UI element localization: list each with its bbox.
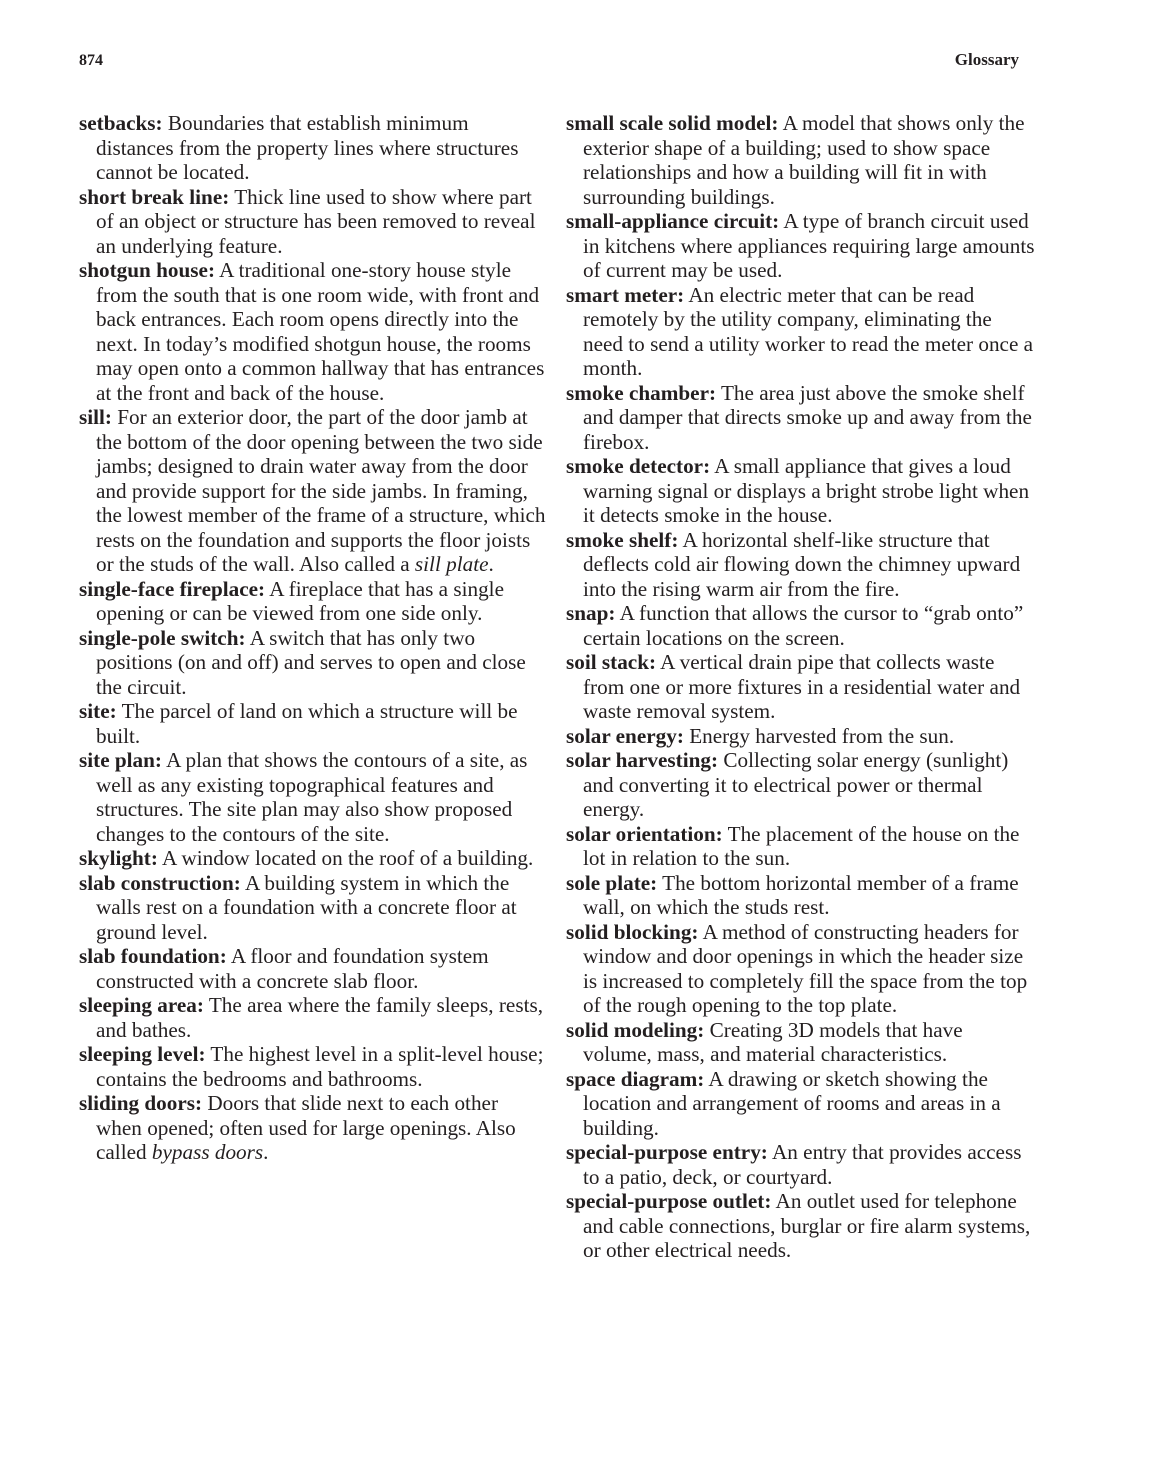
glossary-entry: solar orientation: The placement of the … bbox=[566, 822, 1036, 871]
glossary-alt-term: sill plate bbox=[415, 552, 489, 576]
glossary-term: solid blocking: bbox=[566, 920, 698, 944]
glossary-entry: smoke chamber: The area just above the s… bbox=[566, 381, 1036, 455]
glossary-term: special-purpose outlet: bbox=[566, 1189, 771, 1213]
glossary-term: single-pole switch: bbox=[79, 626, 246, 650]
glossary-entry: solar harvesting: Collecting solar energ… bbox=[566, 748, 1036, 822]
glossary-entry: short break line: Thick line used to sho… bbox=[79, 185, 549, 259]
glossary-entry: slab foundation: A floor and foundation … bbox=[79, 944, 549, 993]
glossary-entry: single-pole switch: A switch that has on… bbox=[79, 626, 549, 700]
glossary-alt-term: bypass doors bbox=[152, 1140, 263, 1164]
section-title: Glossary bbox=[955, 50, 1019, 70]
glossary-entry: sill: For an exterior door, the part of … bbox=[79, 405, 549, 577]
glossary-entry: solar energy: Energy harvested from the … bbox=[566, 724, 1036, 749]
glossary-definition-end: . bbox=[489, 552, 494, 576]
glossary-term: small-appliance circuit: bbox=[566, 209, 779, 233]
glossary-definition: A function that allows the cursor to “gr… bbox=[583, 601, 1023, 650]
glossary-term: site plan: bbox=[79, 748, 162, 772]
glossary-term: smoke chamber: bbox=[566, 381, 716, 405]
glossary-term: space diagram: bbox=[566, 1067, 704, 1091]
glossary-entry: site: The parcel of land on which a stru… bbox=[79, 699, 549, 748]
glossary-definition: For an exterior door, the part of the do… bbox=[96, 405, 545, 576]
glossary-term: smoke detector: bbox=[566, 454, 710, 478]
glossary-term: sliding doors: bbox=[79, 1091, 202, 1115]
glossary-entry: slab construction: A building system in … bbox=[79, 871, 549, 945]
glossary-entry: smart meter: An electric meter that can … bbox=[566, 283, 1036, 381]
glossary-term: slab construction: bbox=[79, 871, 241, 895]
page-number: 874 bbox=[79, 52, 103, 70]
glossary-entry: setbacks: Boundaries that establish mini… bbox=[79, 111, 549, 185]
glossary-term: solar harvesting: bbox=[566, 748, 718, 772]
glossary-term: solar energy: bbox=[566, 724, 684, 748]
glossary-entry: solid modeling: Creating 3D models that … bbox=[566, 1018, 1036, 1067]
glossary-entry: small-appliance circuit: A type of branc… bbox=[566, 209, 1036, 283]
glossary-definition: Energy harvested from the sun. bbox=[684, 724, 954, 748]
glossary-term: slab foundation: bbox=[79, 944, 227, 968]
glossary-term: sole plate: bbox=[566, 871, 657, 895]
glossary-entry: special-purpose entry: An entry that pro… bbox=[566, 1140, 1036, 1189]
glossary-term: sill: bbox=[79, 405, 112, 429]
glossary-entry: smoke detector: A small appliance that g… bbox=[566, 454, 1036, 528]
glossary-entry: shotgun house: A traditional one-story h… bbox=[79, 258, 549, 405]
glossary-term: single-face fireplace: bbox=[79, 577, 265, 601]
glossary-entry: small scale solid model: A model that sh… bbox=[566, 111, 1036, 209]
glossary-entry: smoke shelf: A horizontal shelf-like str… bbox=[566, 528, 1036, 602]
glossary-entry: soil stack: A vertical drain pipe that c… bbox=[566, 650, 1036, 724]
glossary-term: special-purpose entry: bbox=[566, 1140, 768, 1164]
glossary-term: sleeping area: bbox=[79, 993, 204, 1017]
glossary-entry: special-purpose outlet: An outlet used f… bbox=[566, 1189, 1036, 1263]
page-header: 874 Glossary bbox=[79, 52, 1019, 72]
glossary-term: shotgun house: bbox=[79, 258, 215, 282]
glossary-term: small scale solid model: bbox=[566, 111, 778, 135]
glossary-term: solid modeling: bbox=[566, 1018, 704, 1042]
glossary-term: sleeping level: bbox=[79, 1042, 206, 1066]
glossary-term: solar orientation: bbox=[566, 822, 723, 846]
glossary-entry: sliding doors: Doors that slide next to … bbox=[79, 1091, 549, 1165]
glossary-term: short break line: bbox=[79, 185, 229, 209]
glossary-term: soil stack: bbox=[566, 650, 656, 674]
glossary-term: skylight: bbox=[79, 846, 158, 870]
glossary-entry: sleeping area: The area where the family… bbox=[79, 993, 549, 1042]
glossary-term: site: bbox=[79, 699, 117, 723]
glossary-definition: A window located on the roof of a buildi… bbox=[158, 846, 533, 870]
glossary-term: smart meter: bbox=[566, 283, 684, 307]
glossary-column-right: small scale solid model: A model that sh… bbox=[566, 111, 1036, 1263]
glossary-definition-end: . bbox=[263, 1140, 268, 1164]
glossary-entry: space diagram: A drawing or sketch showi… bbox=[566, 1067, 1036, 1141]
glossary-entry: sole plate: The bottom horizontal member… bbox=[566, 871, 1036, 920]
glossary-entry: snap: A function that allows the cursor … bbox=[566, 601, 1036, 650]
glossary-entry: skylight: A window located on the roof o… bbox=[79, 846, 549, 871]
glossary-entry: single-face fireplace: A fireplace that … bbox=[79, 577, 549, 626]
glossary-column-left: setbacks: Boundaries that establish mini… bbox=[79, 111, 549, 1165]
glossary-entry: solid blocking: A method of constructing… bbox=[566, 920, 1036, 1018]
glossary-entry: sleeping level: The highest level in a s… bbox=[79, 1042, 549, 1091]
glossary-term: setbacks: bbox=[79, 111, 163, 135]
glossary-term: smoke shelf: bbox=[566, 528, 678, 552]
glossary-definition: The parcel of land on which a structure … bbox=[96, 699, 518, 748]
glossary-entry: site plan: A plan that shows the contour… bbox=[79, 748, 549, 846]
glossary-term: snap: bbox=[566, 601, 615, 625]
